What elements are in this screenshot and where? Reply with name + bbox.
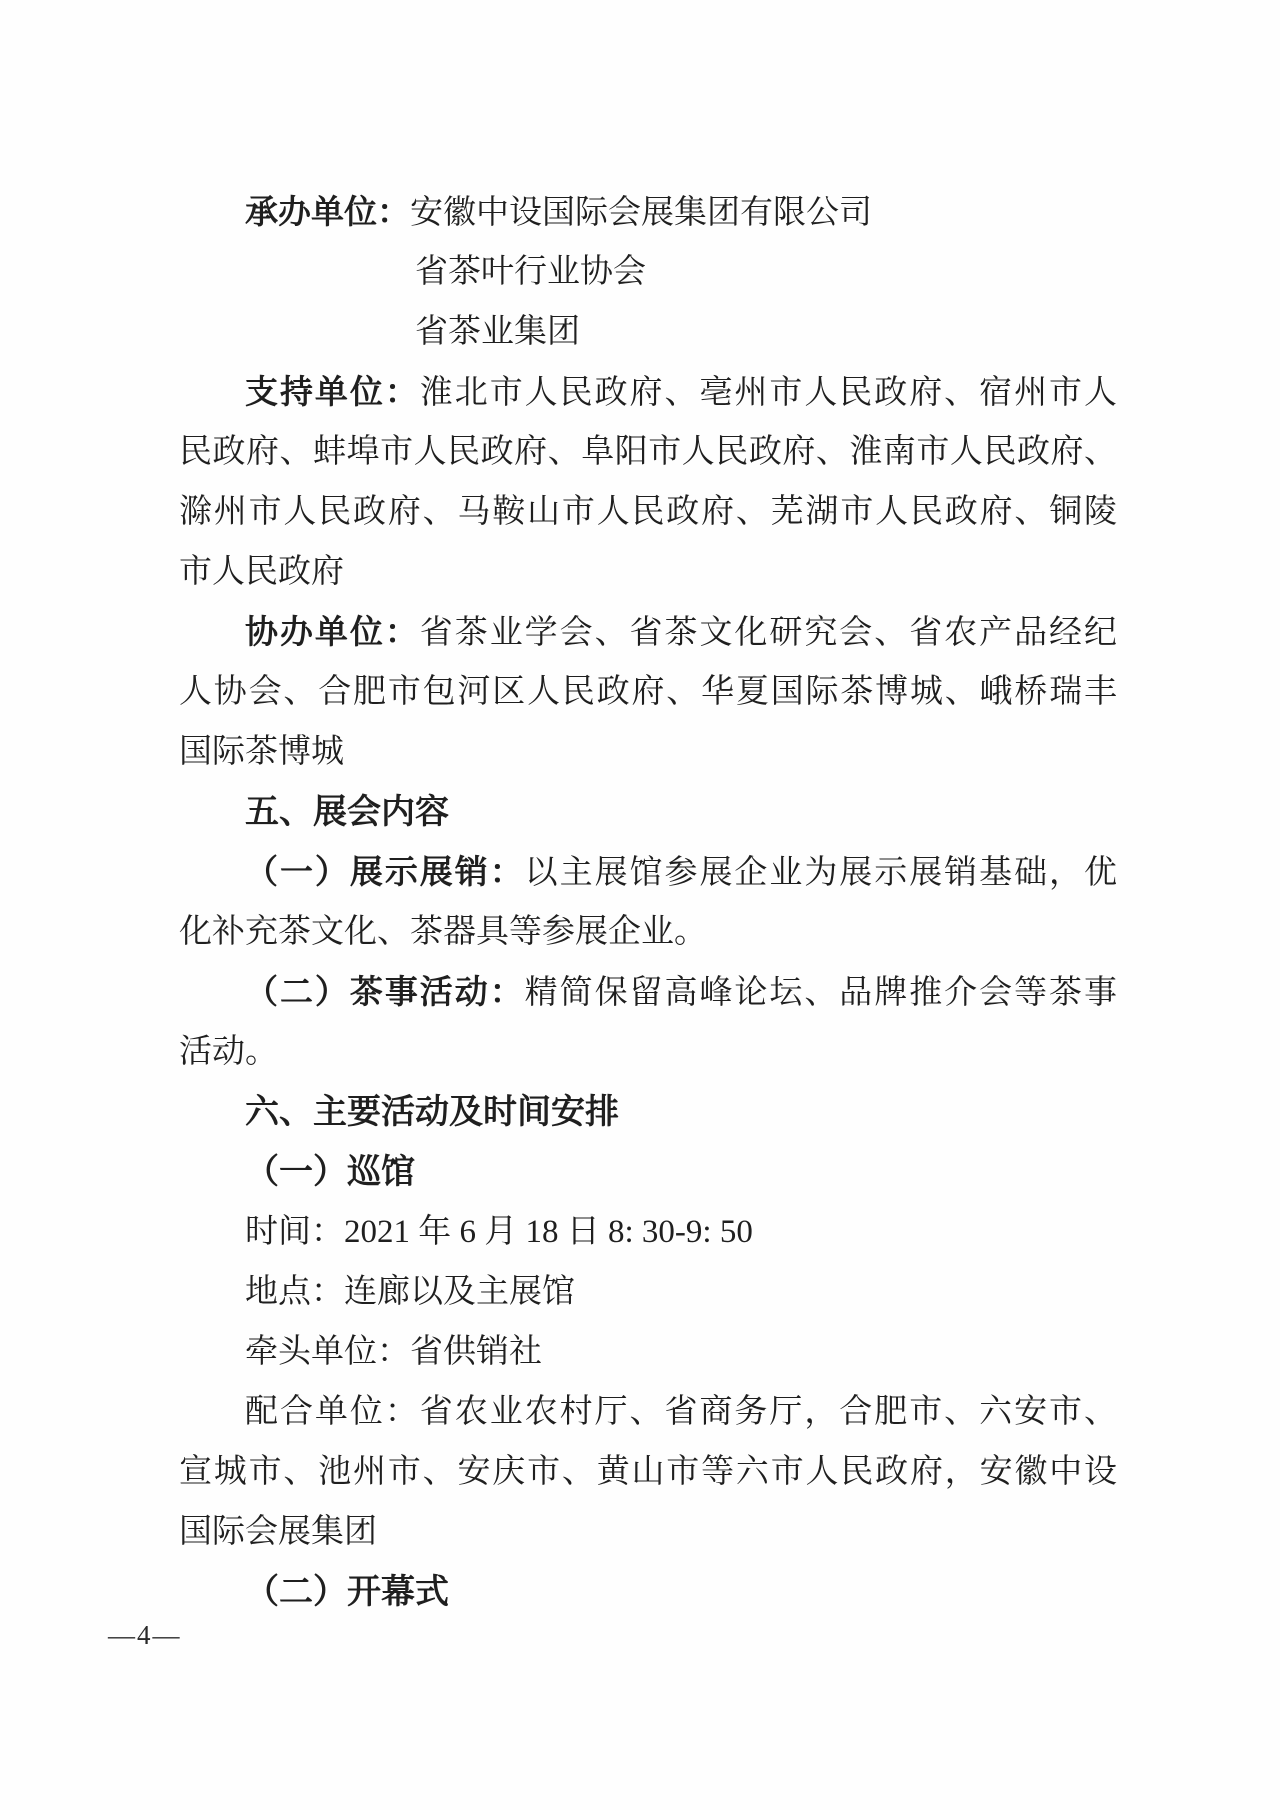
organizer-value-2: 省茶叶行业协会: [415, 254, 646, 290]
co-organizer-label: 协办单位：: [245, 613, 420, 650]
organizer-line-2: 省茶叶行业协会: [179, 242, 1117, 302]
document-page: 承办单位：安徽中设国际会展集团有限公司 省茶叶行业协会 省茶业集团 支持单位：淮…: [0, 0, 1280, 1810]
tour-place-text: 地点：连廊以及主展馆: [245, 1274, 575, 1310]
supporter-value-2: 民政府、蚌埠市人民政府、阜阳市人民政府、淮南市人民政府、: [179, 434, 1117, 470]
exhibit-sales-line: （一）展示展销：以主展馆参展企业为展示展销基础，优: [179, 842, 1117, 902]
cooperating-unit-line-2: 宣城市、池州市、安庆市、黄山市等六市人民政府，安徽中设: [179, 1442, 1117, 1502]
supporter-line-2: 民政府、蚌埠市人民政府、阜阳市人民政府、淮南市人民政府、: [179, 422, 1117, 482]
organizer-value-3: 省茶业集团: [415, 314, 580, 350]
supporter-line-4: 市人民政府: [179, 542, 1117, 602]
subsection-opening-heading: （二）开幕式: [179, 1562, 1117, 1622]
subsection-tour-text: （一）巡馆: [245, 1153, 415, 1191]
tour-place-line: 地点：连廊以及主展馆: [179, 1262, 1117, 1322]
cooperating-unit-text: 配合单位：省农业农村厅、省商务厅，合肥市、六安市、: [245, 1394, 1117, 1430]
co-organizer-line: 协办单位：省茶业学会、省茶文化研究会、省农产品经纪: [179, 602, 1117, 662]
lead-unit-text: 牵头单位：省供销社: [245, 1334, 542, 1370]
exhibit-sales-value-2: 化补充茶文化、茶器具等参展企业。: [179, 914, 707, 950]
cooperating-unit-text-3: 国际会展集团: [179, 1514, 377, 1550]
subsection-tour-heading: （一）巡馆: [179, 1142, 1117, 1202]
supporter-value: 淮北市人民政府、亳州市人民政府、宿州市人: [420, 375, 1117, 411]
page-number: —4—: [108, 1618, 182, 1652]
section-heading-5-text: 五、展会内容: [245, 793, 449, 831]
tea-activity-label: （二）茶事活动：: [245, 973, 525, 1010]
tea-activity-value: 精简保留高峰论坛、品牌推介会等茶事: [525, 975, 1117, 1011]
organizer-value: 安徽中设国际会展集团有限公司: [410, 195, 872, 231]
exhibit-sales-value: 以主展馆参展企业为展示展销基础，优: [525, 855, 1117, 891]
co-organizer-line-2: 人协会、合肥市包河区人民政府、华夏国际茶博城、峨桥瑞丰: [179, 662, 1117, 722]
tour-time-text: 时间：2021 年 6 月 18 日 8: 30-9: 50: [245, 1214, 753, 1250]
section-heading-6-text: 六、主要活动及时间安排: [245, 1093, 619, 1131]
section-heading-6: 六、主要活动及时间安排: [179, 1082, 1117, 1142]
cooperating-unit-line-3: 国际会展集团: [179, 1502, 1117, 1562]
exhibit-sales-label: （一）展示展销：: [245, 853, 525, 890]
organizer-label: 承办单位：: [245, 193, 410, 230]
supporter-value-3: 滁州市人民政府、马鞍山市人民政府、芜湖市人民政府、铜陵: [179, 494, 1117, 530]
supporter-label: 支持单位：: [245, 373, 420, 410]
tea-activity-value-2: 活动。: [179, 1034, 278, 1070]
supporter-line: 支持单位：淮北市人民政府、亳州市人民政府、宿州市人: [179, 362, 1117, 422]
subsection-opening-text: （二）开幕式: [245, 1573, 449, 1611]
supporter-line-3: 滁州市人民政府、马鞍山市人民政府、芜湖市人民政府、铜陵: [179, 482, 1117, 542]
co-organizer-value-2: 人协会、合肥市包河区人民政府、华夏国际茶博城、峨桥瑞丰: [179, 674, 1117, 710]
organizer-line-3: 省茶业集团: [179, 302, 1117, 362]
co-organizer-value: 省茶业学会、省茶文化研究会、省农产品经纪: [420, 615, 1117, 651]
exhibit-sales-line-2: 化补充茶文化、茶器具等参展企业。: [179, 902, 1117, 962]
supporter-value-4: 市人民政府: [179, 554, 344, 590]
tour-time-line: 时间：2021 年 6 月 18 日 8: 30-9: 50: [179, 1202, 1117, 1262]
tea-activity-line: （二）茶事活动：精简保留高峰论坛、品牌推介会等茶事: [179, 962, 1117, 1022]
cooperating-unit-line: 配合单位：省农业农村厅、省商务厅，合肥市、六安市、: [179, 1382, 1117, 1442]
organizer-line: 承办单位：安徽中设国际会展集团有限公司: [179, 182, 1117, 242]
document-body: 承办单位：安徽中设国际会展集团有限公司 省茶叶行业协会 省茶业集团 支持单位：淮…: [179, 182, 1117, 1622]
co-organizer-value-3: 国际茶博城: [179, 734, 344, 770]
co-organizer-line-3: 国际茶博城: [179, 722, 1117, 782]
section-heading-5: 五、展会内容: [179, 782, 1117, 842]
lead-unit-line: 牵头单位：省供销社: [179, 1322, 1117, 1382]
cooperating-unit-text-2: 宣城市、池州市、安庆市、黄山市等六市人民政府，安徽中设: [179, 1454, 1117, 1490]
tea-activity-line-2: 活动。: [179, 1022, 1117, 1082]
